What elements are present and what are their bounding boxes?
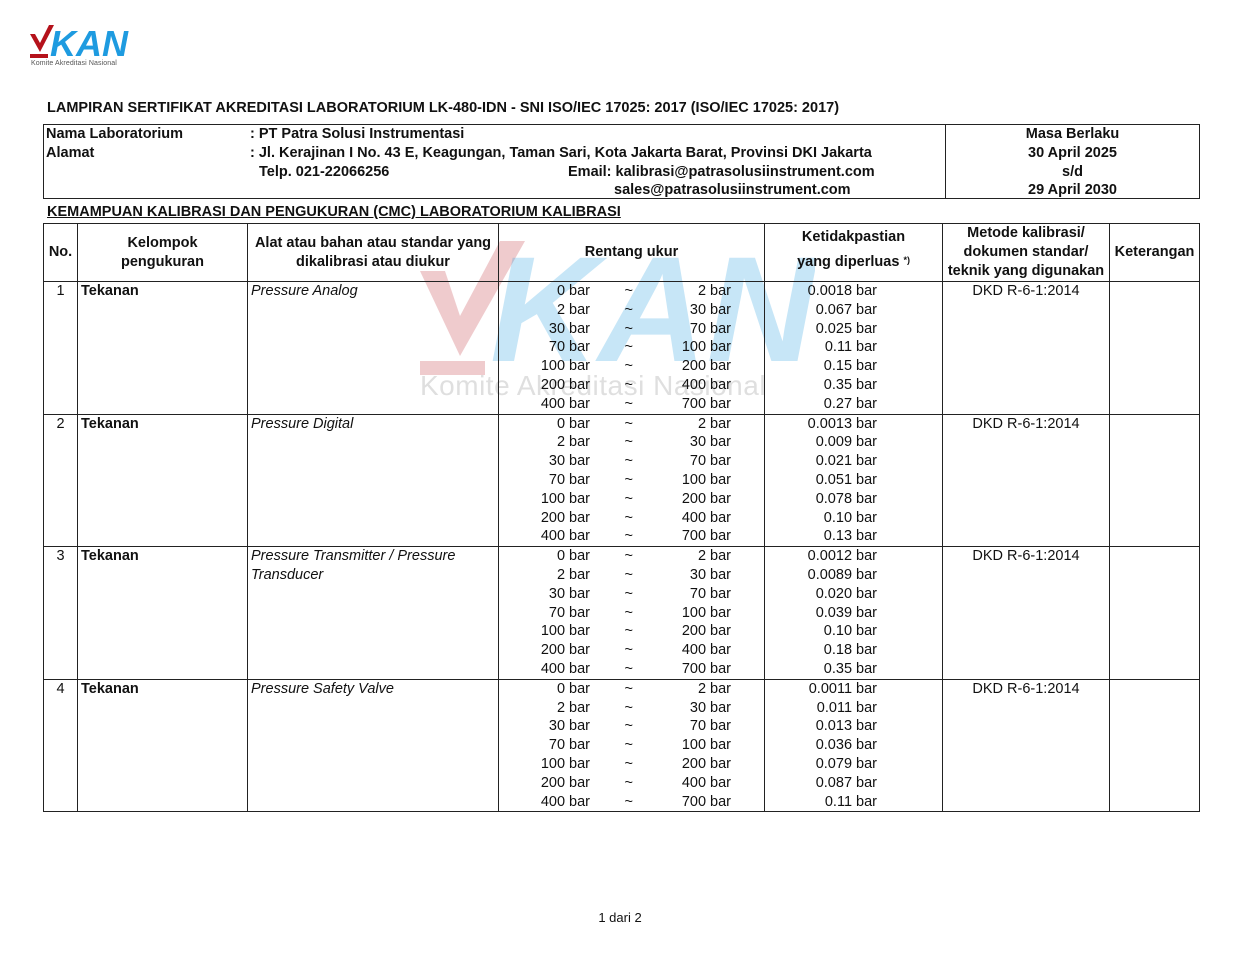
range-separator: ~ [590, 338, 633, 357]
range-separator: ~ [590, 395, 633, 414]
measurement-group-value: Tekanan [81, 282, 247, 301]
range-from: 70 bar [499, 736, 590, 755]
uncertainty-value: 0.087 bar [765, 774, 942, 793]
range-separator: ~ [590, 680, 633, 699]
calibration-method-value: DKD R-6-1:2014 [943, 547, 1109, 566]
range-line: 2 bar~30 bar [499, 566, 764, 585]
range-line: 200 bar~400 bar [499, 509, 764, 528]
remarks [1110, 414, 1200, 547]
range-from: 100 bar [499, 357, 590, 376]
range-separator: ~ [590, 622, 633, 641]
calibration-method-value: DKD R-6-1:2014 [943, 282, 1109, 301]
range-from: 100 bar [499, 622, 590, 641]
range-separator: ~ [590, 717, 633, 736]
table-row: 1TekananPressure Analog0 bar~2 bar2 bar~… [44, 282, 1200, 415]
header-kelompok: Kelompok pengukuran [78, 224, 248, 282]
phone-number: Telp. 021-22066256 [259, 164, 389, 180]
range-line: 400 bar~700 bar [499, 395, 764, 414]
range-to: 700 bar [633, 527, 731, 546]
validity-to: 29 April 2030 [946, 182, 1199, 198]
uncertainty-value: 0.067 bar [765, 301, 942, 320]
remarks [1110, 679, 1200, 812]
svg-text:KAN: KAN [50, 23, 129, 60]
uncertainty-value: 0.11 bar [765, 338, 942, 357]
range-from: 0 bar [499, 415, 590, 434]
range-from: 2 bar [499, 699, 590, 718]
range-to: 70 bar [633, 585, 731, 604]
row-number: 4 [44, 679, 78, 812]
table-row: 4TekananPressure Safety Valve0 bar~2 bar… [44, 679, 1200, 812]
range-to: 30 bar [633, 699, 731, 718]
uncertainty-value: 0.009 bar [765, 433, 942, 452]
measurement-group-value: Tekanan [81, 680, 247, 699]
range-line: 0 bar~2 bar [499, 680, 764, 699]
header-keterangan: Keterangan [1110, 224, 1200, 282]
measurement-group: Tekanan [78, 679, 248, 812]
range-from: 2 bar [499, 301, 590, 320]
uncertainty-value: 0.020 bar [765, 585, 942, 604]
range-from: 200 bar [499, 774, 590, 793]
measurement-group: Tekanan [78, 414, 248, 547]
range-from: 70 bar [499, 471, 590, 490]
section-title: KEMAMPUAN KALIBRASI DAN PENGUKURAN (CMC)… [47, 204, 621, 220]
expanded-uncertainty: 0.0011 bar0.011 bar0.013 bar0.036 bar0.0… [765, 679, 943, 812]
range-separator: ~ [590, 585, 633, 604]
document-title: LAMPIRAN SERTIFIKAT AKREDITASI LABORATOR… [47, 100, 839, 116]
cmc-table-container: No. Kelompok pengukuran Alat atau bahan … [43, 223, 1200, 812]
range-separator: ~ [590, 301, 633, 320]
uncertainty-value: 0.35 bar [765, 376, 942, 395]
uncertainty-value: 0.13 bar [765, 527, 942, 546]
range-to: 400 bar [633, 641, 731, 660]
range-line: 2 bar~30 bar [499, 433, 764, 452]
table-row: 3TekananPressure Transmitter / PressureT… [44, 547, 1200, 680]
calibration-method: DKD R-6-1:2014 [943, 679, 1110, 812]
instrument-name: Pressure Safety Valve [251, 680, 498, 699]
uncertainty-value: 0.15 bar [765, 357, 942, 376]
header-alat: Alat atau bahan atau standar yang dikali… [248, 224, 499, 282]
measurement-group: Tekanan [78, 282, 248, 415]
range-separator: ~ [590, 490, 633, 509]
range-to: 30 bar [633, 566, 731, 585]
range-line: 100 bar~200 bar [499, 755, 764, 774]
measurement-range: 0 bar~2 bar2 bar~30 bar30 bar~70 bar70 b… [499, 679, 765, 812]
validity-label: Masa Berlaku [946, 126, 1199, 142]
range-from: 0 bar [499, 282, 590, 301]
range-line: 200 bar~400 bar [499, 376, 764, 395]
range-to: 400 bar [633, 509, 731, 528]
expanded-uncertainty: 0.0013 bar0.009 bar0.021 bar0.051 bar0.0… [765, 414, 943, 547]
validity-from: 30 April 2025 [946, 145, 1199, 161]
expanded-uncertainty: 0.0012 bar0.0089 bar0.020 bar0.039 bar0.… [765, 547, 943, 680]
range-from: 200 bar [499, 641, 590, 660]
range-separator: ~ [590, 547, 633, 566]
range-line: 400 bar~700 bar [499, 660, 764, 679]
range-to: 100 bar [633, 338, 731, 357]
instrument-name: Pressure Transmitter / Pressure [251, 547, 498, 566]
instrument: Pressure Transmitter / PressureTransduce… [248, 547, 499, 680]
range-to: 100 bar [633, 736, 731, 755]
measurement-group-value: Tekanan [81, 547, 247, 566]
range-from: 200 bar [499, 376, 590, 395]
row-number-value: 1 [44, 282, 77, 301]
kan-logo: KAN Komite Akreditasi Nasional [28, 22, 138, 72]
uncertainty-value: 0.11 bar [765, 793, 942, 812]
range-separator: ~ [590, 755, 633, 774]
range-line: 30 bar~70 bar [499, 717, 764, 736]
expanded-uncertainty: 0.0018 bar0.067 bar0.025 bar0.11 bar0.15… [765, 282, 943, 415]
uncertainty-value: 0.0012 bar [765, 547, 942, 566]
range-separator: ~ [590, 376, 633, 395]
header-rentang: Rentang ukur [499, 224, 765, 282]
range-line: 100 bar~200 bar [499, 622, 764, 641]
range-to: 700 bar [633, 660, 731, 679]
instrument-name: Transducer [251, 566, 498, 585]
lab-name-value: : PT Patra Solusi Instrumentasi [250, 126, 464, 142]
range-separator: ~ [590, 452, 633, 471]
cmc-table: No. Kelompok pengukuran Alat atau bahan … [43, 223, 1200, 812]
range-separator: ~ [590, 793, 633, 812]
row-number-value: 4 [44, 680, 77, 699]
address-value: : Jl. Kerajinan I No. 43 E, Keagungan, T… [250, 145, 872, 161]
range-separator: ~ [590, 566, 633, 585]
range-to: 100 bar [633, 604, 731, 623]
calibration-method-value: DKD R-6-1:2014 [943, 415, 1109, 434]
range-from: 0 bar [499, 547, 590, 566]
range-from: 100 bar [499, 755, 590, 774]
remarks [1110, 547, 1200, 680]
row-number-value: 2 [44, 415, 77, 434]
row-number-value: 3 [44, 547, 77, 566]
range-to: 400 bar [633, 376, 731, 395]
calibration-method-value: DKD R-6-1:2014 [943, 680, 1109, 699]
range-to: 70 bar [633, 717, 731, 736]
row-number: 2 [44, 414, 78, 547]
range-separator: ~ [590, 471, 633, 490]
range-from: 30 bar [499, 452, 590, 471]
range-separator: ~ [590, 282, 633, 301]
range-line: 400 bar~700 bar [499, 793, 764, 812]
range-from: 70 bar [499, 338, 590, 357]
table-header-row: No. Kelompok pengukuran Alat atau bahan … [44, 224, 1200, 282]
range-to: 30 bar [633, 301, 731, 320]
range-line: 0 bar~2 bar [499, 282, 764, 301]
range-to: 30 bar [633, 433, 731, 452]
range-line: 2 bar~30 bar [499, 699, 764, 718]
uncertainty-value: 0.025 bar [765, 320, 942, 339]
range-from: 30 bar [499, 585, 590, 604]
email-secondary: sales@patrasolusiinstrument.com [614, 182, 851, 198]
range-line: 100 bar~200 bar [499, 357, 764, 376]
range-separator: ~ [590, 320, 633, 339]
header-no: No. [44, 224, 78, 282]
calibration-method: DKD R-6-1:2014 [943, 547, 1110, 680]
range-from: 400 bar [499, 660, 590, 679]
range-line: 2 bar~30 bar [499, 301, 764, 320]
instrument-name: Pressure Analog [251, 282, 498, 301]
range-line: 30 bar~70 bar [499, 320, 764, 339]
range-separator: ~ [590, 433, 633, 452]
uncertainty-value: 0.011 bar [765, 699, 942, 718]
row-number: 1 [44, 282, 78, 415]
uncertainty-value: 0.036 bar [765, 736, 942, 755]
page-number: 1 dari 2 [0, 910, 1240, 925]
header-metode: Metode kalibrasi/ dokumen standar/ tekni… [943, 224, 1110, 282]
lab-details: Nama Laboratorium : PT Patra Solusi Inst… [44, 125, 946, 198]
range-separator: ~ [590, 641, 633, 660]
measurement-range: 0 bar~2 bar2 bar~30 bar30 bar~70 bar70 b… [499, 282, 765, 415]
instrument: Pressure Safety Valve [248, 679, 499, 812]
table-body: 1TekananPressure Analog0 bar~2 bar2 bar~… [44, 282, 1200, 812]
uncertainty-value: 0.0013 bar [765, 415, 942, 434]
header-ketidakpastian: Ketidakpastian yang diperluas *) [765, 224, 943, 282]
range-from: 2 bar [499, 433, 590, 452]
range-to: 700 bar [633, 793, 731, 812]
instrument: Pressure Analog [248, 282, 499, 415]
range-to: 70 bar [633, 452, 731, 471]
uncertainty-value: 0.0089 bar [765, 566, 942, 585]
uncertainty-value: 0.079 bar [765, 755, 942, 774]
uncertainty-value: 0.10 bar [765, 622, 942, 641]
range-separator: ~ [590, 660, 633, 679]
instrument-name: Pressure Digital [251, 415, 498, 434]
uncertainty-value: 0.0011 bar [765, 680, 942, 699]
uncertainty-value: 0.35 bar [765, 660, 942, 679]
email-primary: Email: kalibrasi@patrasolusiinstrument.c… [568, 164, 875, 180]
range-from: 400 bar [499, 527, 590, 546]
range-to: 400 bar [633, 774, 731, 793]
measurement-range: 0 bar~2 bar2 bar~30 bar30 bar~70 bar70 b… [499, 547, 765, 680]
range-to: 2 bar [633, 415, 731, 434]
measurement-group-value: Tekanan [81, 415, 247, 434]
instrument: Pressure Digital [248, 414, 499, 547]
validity-separator: s/d [946, 164, 1199, 180]
measurement-group: Tekanan [78, 547, 248, 680]
range-from: 70 bar [499, 604, 590, 623]
range-line: 0 bar~2 bar [499, 415, 764, 434]
range-separator: ~ [590, 699, 633, 718]
range-to: 2 bar [633, 680, 731, 699]
range-from: 2 bar [499, 566, 590, 585]
range-from: 400 bar [499, 793, 590, 812]
range-to: 200 bar [633, 490, 731, 509]
range-line: 200 bar~400 bar [499, 774, 764, 793]
uncertainty-value: 0.013 bar [765, 717, 942, 736]
calibration-method: DKD R-6-1:2014 [943, 414, 1110, 547]
range-separator: ~ [590, 527, 633, 546]
range-line: 70 bar~100 bar [499, 604, 764, 623]
range-to: 200 bar [633, 622, 731, 641]
range-separator: ~ [590, 774, 633, 793]
range-line: 100 bar~200 bar [499, 490, 764, 509]
remarks [1110, 282, 1200, 415]
uncertainty-value: 0.039 bar [765, 604, 942, 623]
uncertainty-value: 0.0018 bar [765, 282, 942, 301]
lab-name-label: Nama Laboratorium [46, 126, 183, 142]
range-separator: ~ [590, 604, 633, 623]
uncertainty-value: 0.078 bar [765, 490, 942, 509]
laboratory-info-box: Nama Laboratorium : PT Patra Solusi Inst… [43, 124, 1200, 199]
range-from: 0 bar [499, 680, 590, 699]
address-label: Alamat [46, 145, 94, 161]
range-to: 700 bar [633, 395, 731, 414]
range-to: 200 bar [633, 755, 731, 774]
range-line: 70 bar~100 bar [499, 471, 764, 490]
validity-period: Masa Berlaku 30 April 2025 s/d 29 April … [946, 125, 1199, 198]
range-to: 2 bar [633, 547, 731, 566]
range-line: 0 bar~2 bar [499, 547, 764, 566]
uncertainty-value: 0.18 bar [765, 641, 942, 660]
kan-checkmark-icon: KAN [28, 22, 138, 60]
range-separator: ~ [590, 509, 633, 528]
range-from: 100 bar [499, 490, 590, 509]
logo-subtitle: Komite Akreditasi Nasional [31, 60, 117, 67]
measurement-range: 0 bar~2 bar2 bar~30 bar30 bar~70 bar70 b… [499, 414, 765, 547]
range-separator: ~ [590, 357, 633, 376]
range-separator: ~ [590, 415, 633, 434]
range-line: 70 bar~100 bar [499, 736, 764, 755]
range-to: 100 bar [633, 471, 731, 490]
range-line: 200 bar~400 bar [499, 641, 764, 660]
range-line: 30 bar~70 bar [499, 452, 764, 471]
calibration-method: DKD R-6-1:2014 [943, 282, 1110, 415]
uncertainty-value: 0.051 bar [765, 471, 942, 490]
row-number: 3 [44, 547, 78, 680]
range-from: 200 bar [499, 509, 590, 528]
range-from: 30 bar [499, 320, 590, 339]
range-from: 400 bar [499, 395, 590, 414]
range-line: 70 bar~100 bar [499, 338, 764, 357]
range-line: 30 bar~70 bar [499, 585, 764, 604]
range-to: 2 bar [633, 282, 731, 301]
range-separator: ~ [590, 736, 633, 755]
uncertainty-value: 0.10 bar [765, 509, 942, 528]
uncertainty-value: 0.27 bar [765, 395, 942, 414]
range-from: 30 bar [499, 717, 590, 736]
table-row: 2TekananPressure Digital0 bar~2 bar2 bar… [44, 414, 1200, 547]
range-line: 400 bar~700 bar [499, 527, 764, 546]
range-to: 200 bar [633, 357, 731, 376]
uncertainty-value: 0.021 bar [765, 452, 942, 471]
range-to: 70 bar [633, 320, 731, 339]
